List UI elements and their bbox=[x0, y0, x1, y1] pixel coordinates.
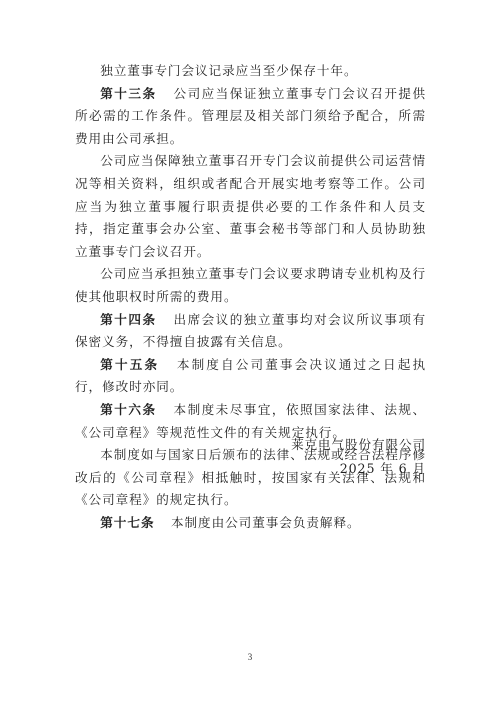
page-number: 3 bbox=[0, 652, 500, 662]
signature-block: 莱克电气股份有限公司 2025 年 6 月 bbox=[291, 433, 426, 481]
company-name: 莱克电气股份有限公司 bbox=[291, 433, 426, 457]
paragraph-record-retention: 独立董事专门会议记录应当至少保存十年。 bbox=[75, 60, 426, 83]
paragraph-text: 公司应当承担独立董事专门会议要求聘请专业机构及行使其他职权时所需的费用。 bbox=[75, 266, 426, 304]
article-number: 第十七条 bbox=[100, 515, 154, 530]
article-13: 第十三条公司应当保证独立董事专门会议召开提供所必需的工作条件。管理层及相关部门须… bbox=[75, 83, 426, 151]
article-number: 第十六条 bbox=[100, 402, 156, 417]
signature-date: 2025 年 6 月 bbox=[291, 457, 426, 481]
article-15: 第十五条本制度自公司董事会决议通过之日起执行，修改时亦同。 bbox=[75, 354, 426, 399]
paragraph-text: 本制度由公司董事会负责解释。 bbox=[171, 515, 361, 530]
article-17: 第十七条本制度由公司董事会负责解释。 bbox=[75, 512, 426, 535]
document-page: 独立董事专门会议记录应当至少保存十年。 第十三条公司应当保证独立董事专门会议召开… bbox=[0, 0, 500, 707]
paragraph-text: 公司应当保障独立董事召开专门会议前提供公司运营情况等相关资料，组织或者配合开展实… bbox=[75, 153, 426, 258]
paragraph-text: 独立董事专门会议记录应当至少保存十年。 bbox=[100, 63, 357, 78]
paragraph-materials-support: 公司应当保障独立董事召开专门会议前提供公司运营情况等相关资料，组织或者配合开展实… bbox=[75, 150, 426, 263]
article-number: 第十四条 bbox=[100, 312, 156, 327]
article-number: 第十三条 bbox=[100, 86, 156, 101]
article-14: 第十四条出席会议的独立董事均对会议所议事项有保密义务，不得擅自披露有关信息。 bbox=[75, 309, 426, 354]
paragraph-expenses: 公司应当承担独立董事专门会议要求聘请专业机构及行使其他职权时所需的费用。 bbox=[75, 263, 426, 308]
article-number: 第十五条 bbox=[100, 357, 159, 372]
